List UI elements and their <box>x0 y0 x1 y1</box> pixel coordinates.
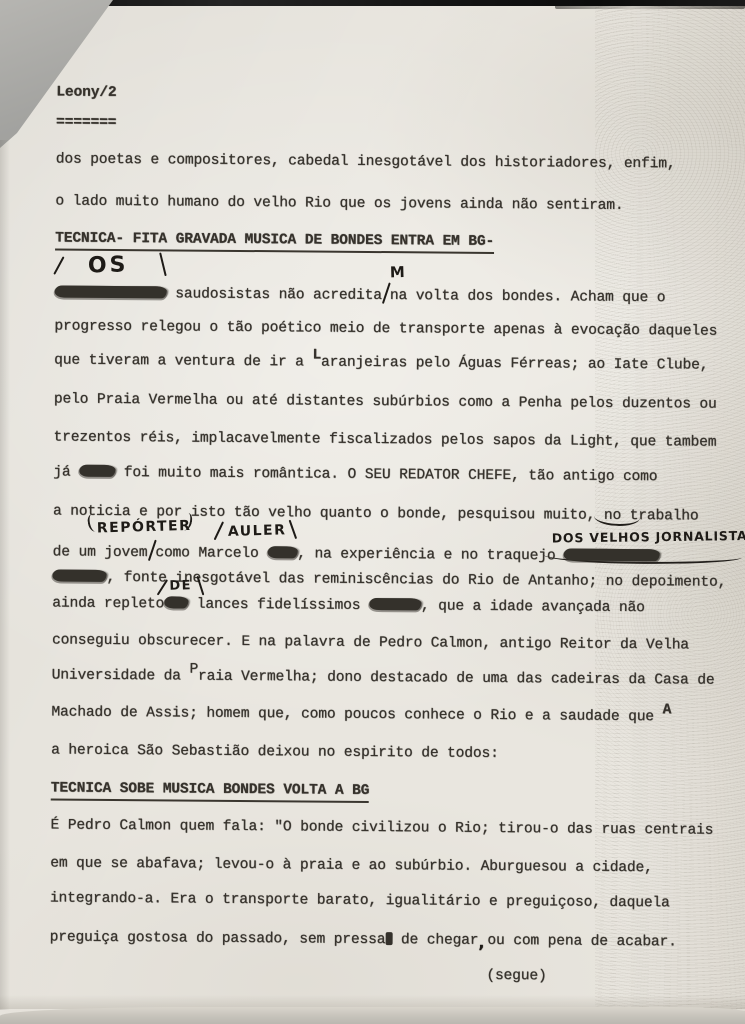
typed-line: pelo Praia Vermelha ou até distantes sub… <box>54 390 717 414</box>
typed-text: foi muito mais romântica. O SEU REDATOR … <box>115 465 657 485</box>
footer-segue: (segue) <box>486 967 546 986</box>
handwritten-comma: , <box>478 934 487 952</box>
scanned-document-page: Leony/2 ======= dos poetas e compositore… <box>0 0 745 1024</box>
typed-text: saudosistas não acredita <box>167 286 382 304</box>
insertion-stroke <box>53 256 64 275</box>
typed-line: a heroica São Sebastião deixou no espiri… <box>51 741 499 764</box>
typed-line: conseguiu obscurecer. E na palavra de Pe… <box>52 631 689 655</box>
handwritten-insertion-reporter: REPÓRTER <box>97 518 192 537</box>
scribbled-out-phrase <box>564 548 660 561</box>
cue-heading-1: TECNICA- FITA GRAVADA MUSICA DE BONDES E… <box>55 230 494 253</box>
typed-text: de um jovem <box>53 544 148 561</box>
typed-line: É Pedro Calmon quem fala: "O bonde civil… <box>50 816 713 840</box>
typed-line: Universidade da Praia Vermelha; dono des… <box>52 666 715 690</box>
typed-text: preguiça gostosa do passado, sem pressa <box>50 929 386 948</box>
typed-line: progresso relegou o tão poético meio de … <box>54 317 717 341</box>
typed-text: raia Vermelha; dono destacado de uma das… <box>198 669 715 689</box>
insertion-stroke <box>159 252 167 276</box>
typed-line: já foi muito mais romântica. O SEU REDAT… <box>53 463 657 487</box>
scribbled-out-word <box>369 598 421 610</box>
handwritten-insertion-m: M <box>390 263 407 281</box>
typed-text: , na experiência e no traquejo <box>297 546 564 564</box>
page-number: Leony/2 <box>56 84 116 103</box>
typed-line: em que se abafava; levou-o à praia e ao … <box>50 854 653 878</box>
insertion-stroke <box>214 521 224 540</box>
typed-line: Machado de Assis; homem que, como poucos… <box>51 703 671 727</box>
typed-text: que tiveram a ventura de ir a <box>54 352 312 370</box>
typed-text: ou com pena de acabar. <box>487 933 676 950</box>
scribbled-out-word <box>164 596 188 608</box>
typed-text: ainda repleto <box>52 595 164 612</box>
typed-line: integrando-a. Era o transporte barato, i… <box>50 889 670 913</box>
scribbled-out-word <box>267 546 297 558</box>
typed-line: trezentos réis, implacavelmente fiscaliz… <box>53 428 716 452</box>
handwritten-insertion-de: DE <box>169 578 192 594</box>
typed-line: o lado muito humano do velho Rio que os … <box>55 193 623 216</box>
typed-text: na volta dos bondes. Acham que o <box>390 288 666 306</box>
typed-text: Machado de Assis; homem que, como poucos… <box>51 704 662 725</box>
raised-correction-letter: P <box>189 662 198 678</box>
typed-line: TECNICA- FITA GRAVADA MUSICA DE BONDES E… <box>55 229 494 251</box>
typed-line: , fonte inesgotável das reminiscências d… <box>52 568 726 592</box>
typed-text: já <box>53 464 79 480</box>
typed-text: lances fidelíssimos <box>188 597 369 614</box>
typed-line: TECNICA SOBE MUSICA BONDES VOLTA A BG <box>51 779 370 801</box>
cue-heading-2: TECNICA SOBE MUSICA BONDES VOLTA A BG <box>51 780 370 803</box>
typed-line: saudosistas não acreditana volta dos bon… <box>55 281 666 305</box>
typed-line: de um jovemcomo Marcelo , na experiência… <box>53 540 661 564</box>
typed-text: Universidade da <box>52 667 190 684</box>
scribbled-out-word <box>79 465 115 477</box>
typed-text: aranjeiras pelo Águas Férreas; ao Iate C… <box>321 355 708 374</box>
typed-text: como Marcelo <box>155 545 267 562</box>
raised-correction-letter: A <box>663 702 672 718</box>
page-bottom-edge <box>0 1007 745 1024</box>
scribbled-out-word <box>52 569 106 581</box>
handwritten-insertion-auler: AULER <box>228 522 287 540</box>
typed-line: que tiveram a ventura de ir a Laranjeira… <box>54 351 708 375</box>
typewritten-content: Leony/2 ======= dos poetas e compositore… <box>0 0 745 1024</box>
typed-line: preguiça gostosa do passado, sem pressa … <box>50 926 677 950</box>
handwritten-insertion-os: OS <box>88 252 129 278</box>
divider: ======= <box>56 114 116 133</box>
handwritten-insertion-velhos-jornalistas: DOS VELHOS JORNALISTAS <box>552 528 745 546</box>
typed-line: dos poetas e compositores, cabedal inesg… <box>56 151 676 175</box>
typed-text: de chegar <box>392 932 478 949</box>
typed-line: ainda repleto lances fidelíssimos , que … <box>52 594 645 618</box>
raised-correction-letter: L <box>312 348 321 364</box>
typed-text: , que a idade avançada não <box>421 598 645 616</box>
scribbled-out-word <box>55 285 167 298</box>
